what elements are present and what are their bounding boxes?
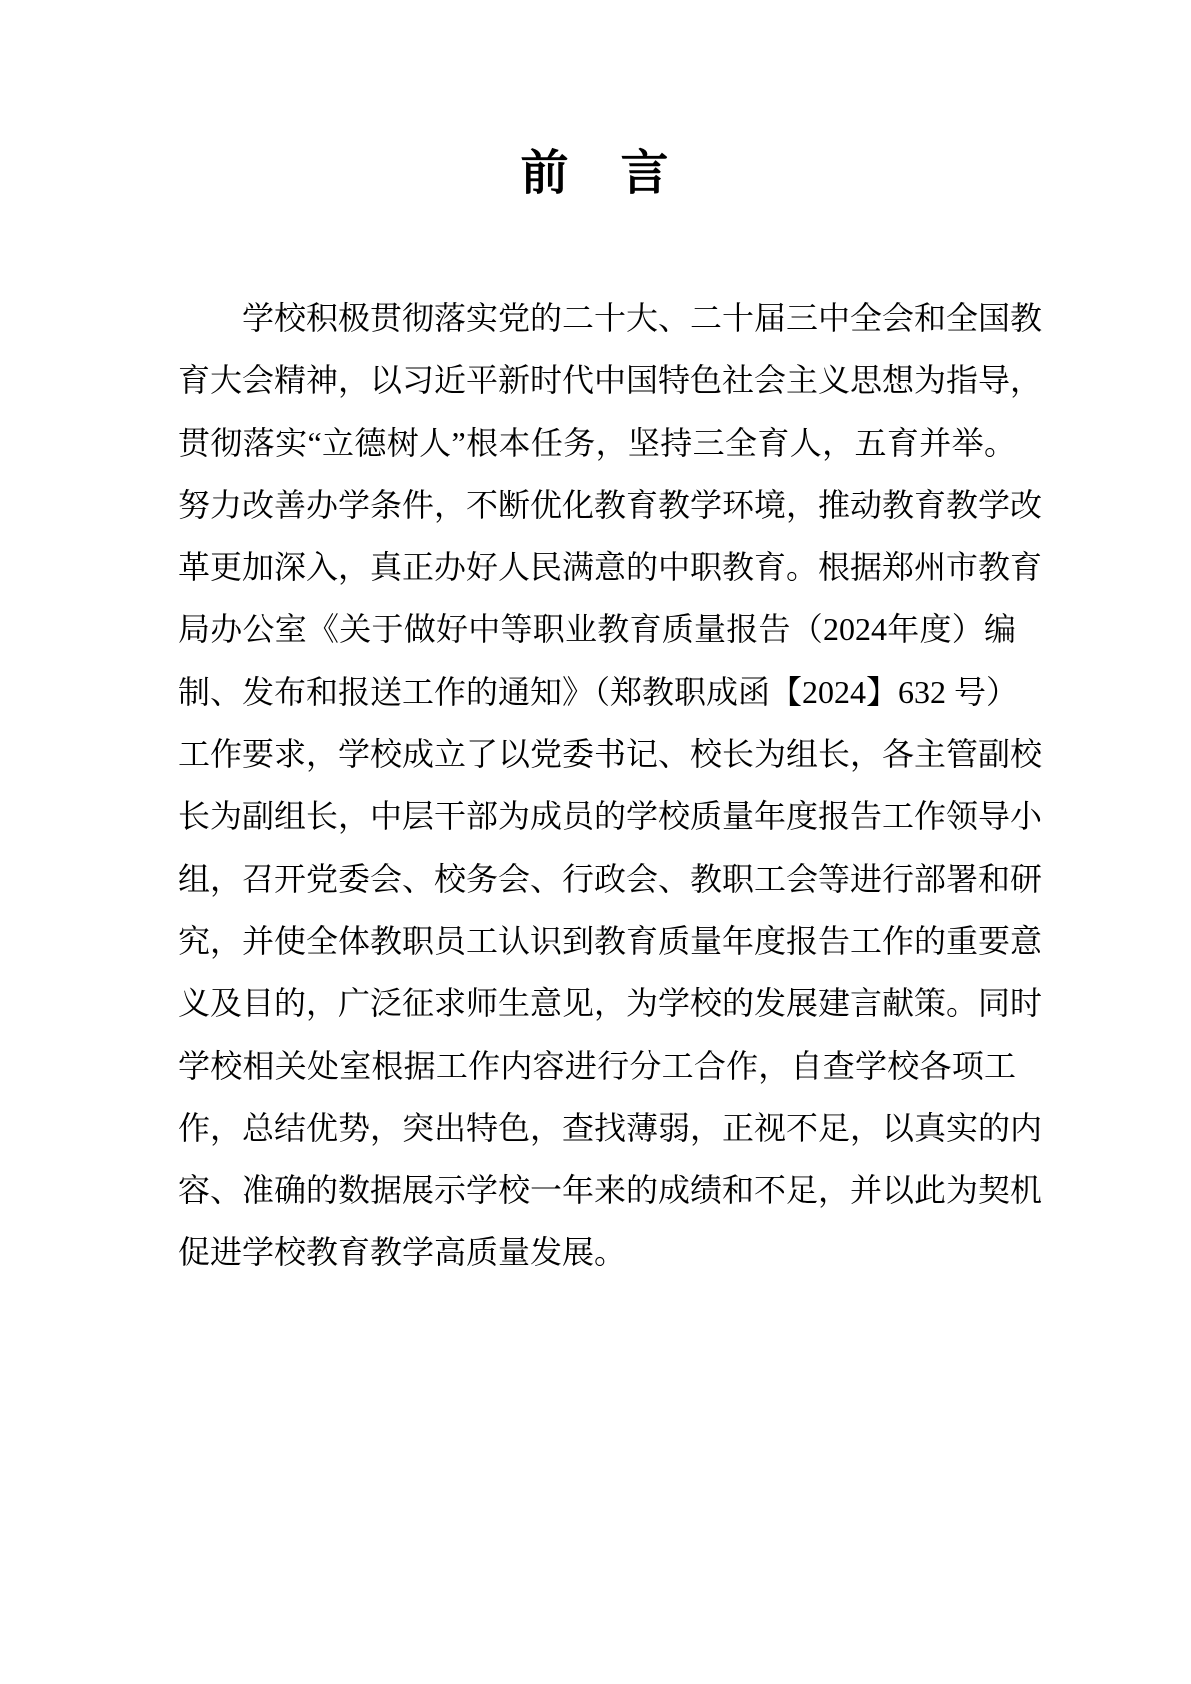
paragraph-line-15: 容、准确的数据展示学校一年来的成绩和不足，并以此为契机 [178,1159,1016,1221]
paragraph-line-16: 促进学校教育教学高质量发展。 [178,1221,1016,1283]
paragraph-line-13: 学校相关处室根据工作内容进行分工合作，自查学校各项工 [178,1035,1016,1097]
document-page: 前 言 学校积极贯彻落实党的二十大、二十届三中全会和全国教育大会精神，以习近平新… [0,0,1191,1684]
paragraph-line-1: 学校积极贯彻落实党的二十大、二十届三中全会和全国教 [178,287,1016,349]
paragraph-line-2: 育大会精神，以习近平新时代中国特色社会主义思想为指导， [178,349,1016,411]
paragraph-line-5: 革更加深入，真正办好人民满意的中职教育。根据郑州市教育 [178,536,1016,598]
paragraph-line-10: 组，召开党委会、校务会、行政会、教职工会等进行部署和研 [178,848,1016,910]
paragraph-line-6: 局办公室《关于做好中等职业教育质量报告（2024年度）编 [178,598,1016,660]
paragraph-line-11: 究，并使全体教职员工认识到教育质量年度报告工作的重要意 [178,910,1016,972]
paragraph-line-8: 工作要求，学校成立了以党委书记、校长为组长，各主管副校 [178,723,1016,785]
page-title: 前 言 [0,146,1191,202]
paragraph-line-7: 制、发布和报送工作的通知》（郑教职成函【2024】632 号） [178,661,1016,723]
paragraph-line-14: 作，总结优势，突出特色，查找薄弱，正视不足，以真实的内 [178,1097,1016,1159]
paragraph-line-4: 努力改善办学条件，不断优化教育教学环境，推动教育教学改 [178,474,1016,536]
paragraph-line-3: 贯彻落实“立德树人”根本任务，坚持三全育人，五育并举。 [178,412,1016,474]
paragraph-line-9: 长为副组长，中层干部为成员的学校质量年度报告工作领导小 [178,785,1016,847]
paragraph-line-12: 义及目的，广泛征求师生意见，为学校的发展建言献策。同时 [178,972,1016,1034]
preface-paragraph: 学校积极贯彻落实党的二十大、二十届三中全会和全国教育大会精神，以习近平新时代中国… [178,287,1016,1284]
